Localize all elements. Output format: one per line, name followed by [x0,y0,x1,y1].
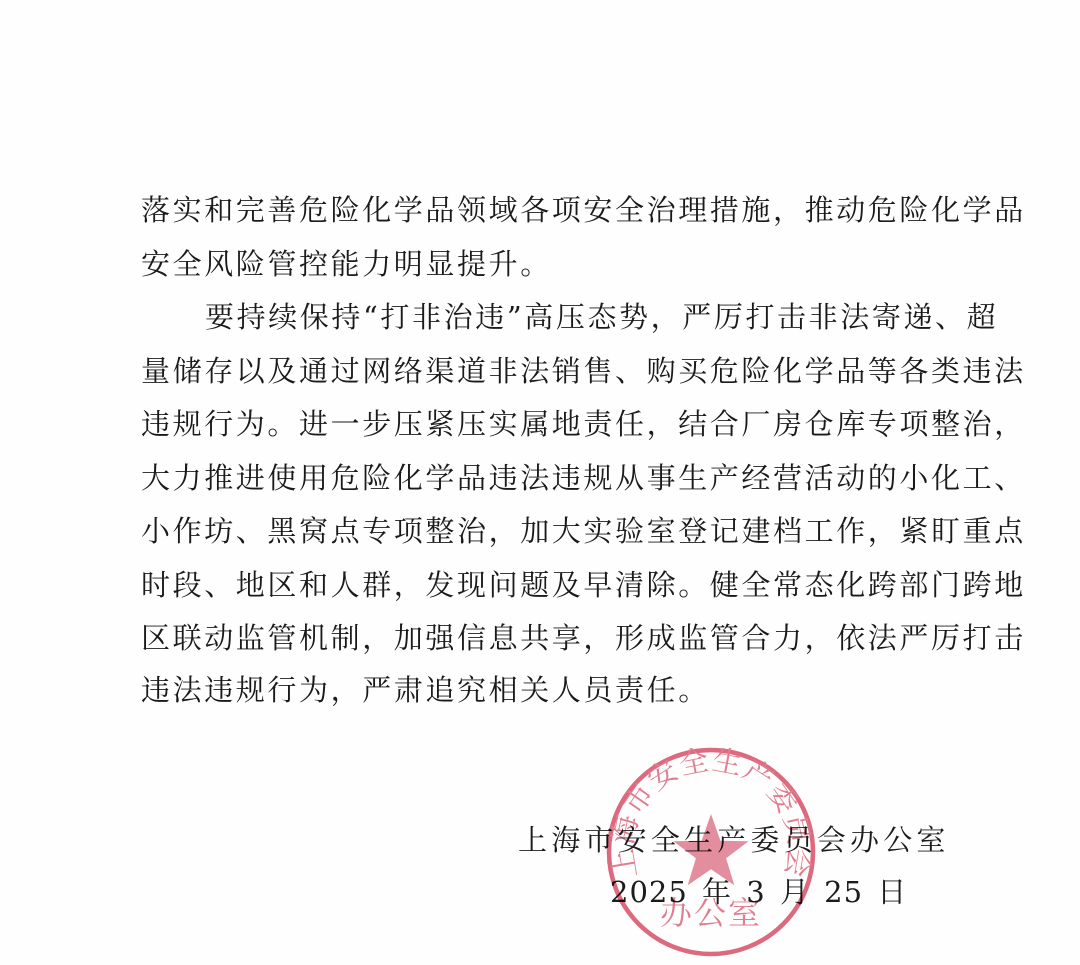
document-page: 落实和完善危险化学品领域各项安全治理措施，推动危险化学品 安全风险管控能力明显提… [0,0,1080,965]
paragraph-2-line-2: 量储存以及通过网络渠道非法销售、购买危险化学品等各类违法 [141,354,1026,388]
paragraph-2-line-8: 违法违规行为，严肃追究相关人员责任。 [141,673,710,707]
star-icon [673,814,748,885]
paragraph-2-line-7: 区联动监管机制，加强信息共享，形成监管合力，依法严厉打击 [141,621,1026,655]
paragraph-1-line-2: 安全风险管控能力明显提升。 [141,247,552,281]
paragraph-2-line-6: 时段、地区和人群，发现问题及早清除。健全常态化跨部门跨地 [141,568,1026,602]
paragraph-2-line-4: 大力推进使用危险化学品违法违规从事生产经营活动的小化工、 [141,461,1026,495]
paragraph-2-line-1: 要持续保持“打非治违”高压态势，严厉打击非法寄递、超 [205,300,998,334]
paragraph-2-line-5: 小作坊、黑窝点专项整治，加大实验室登记建档工作，紧盯重点 [141,514,1026,548]
official-seal: 上海市安全生产委员会 办公室 [605,746,817,958]
seal-bottom-text: 办公室 [660,894,762,932]
paragraph-1-line-1: 落实和完善危险化学品领域各项安全治理措施，推动危险化学品 [141,193,1026,227]
paragraph-2-line-3: 违规行为。进一步压紧压实属地责任，结合厂房仓库专项整治， [141,407,1026,441]
